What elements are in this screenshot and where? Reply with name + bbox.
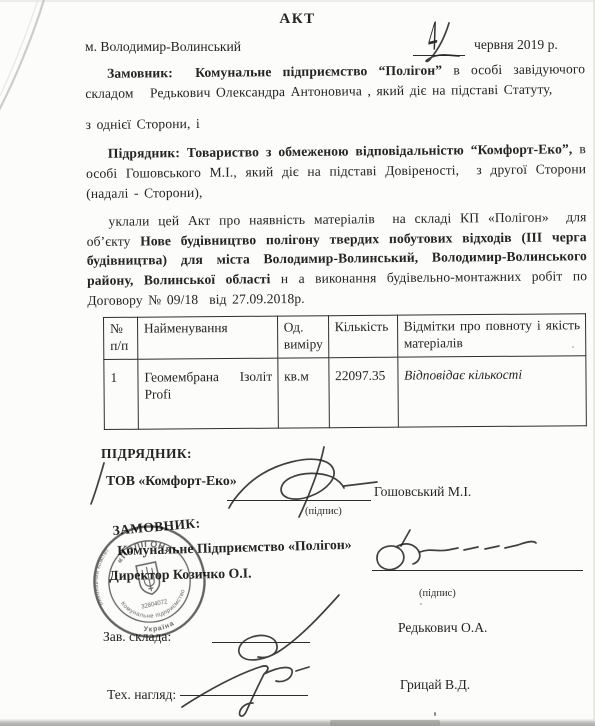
paragraph-customer: Замовник: Комунальне підприємство “Поліг… (85, 59, 585, 103)
scan-speck (434, 712, 436, 716)
round-stamp: «ПОЛІГОН» Комунальне підприємство Викона… (77, 509, 223, 655)
document-date: червня 2019 р. (474, 37, 558, 53)
document-city: м. Володимир-Волинський (85, 39, 241, 55)
signature-tech (182, 666, 309, 716)
tech-signature-line (180, 695, 308, 696)
signature-caption-contractor: (підпис) (305, 506, 342, 517)
scan-speck (572, 346, 574, 348)
signature-warehouse (239, 595, 339, 660)
col-notes: Відмітки про повноту і якість матеріалів (397, 314, 586, 357)
stamp-outer-left-text: Виконавчий комітет (86, 547, 122, 607)
paragraph-act: уклали цей Акт про наявність матеріалів … (86, 207, 587, 311)
col-quantity: Кількість (328, 315, 397, 358)
customer-signature-line (372, 570, 583, 571)
scan-edge-bottom (0, 719, 595, 726)
customer-signer-name: Редькович О.А. (398, 620, 487, 636)
stamp-edrpou-code: 32804072 (141, 599, 168, 610)
cell-name: Геомембрана Ізоліт Profi (138, 358, 278, 429)
table-row: 1 Геомембрана Ізоліт Profi кв.м 22097.35… (104, 356, 587, 430)
tech-label: Тех. нагляд: (107, 687, 176, 703)
col-name: Найменування (137, 316, 277, 359)
signature-redkovych-loops (377, 544, 420, 570)
tech-signer-name: Грицай В.Д. (400, 677, 470, 693)
col-unit: Од. виміру (277, 316, 328, 358)
scan-edge-shadow (330, 720, 440, 726)
signature-redkovych-wave (420, 542, 536, 552)
contractor-heading: ПІДРЯДНИК: (101, 446, 192, 462)
cell-unit: кв.м (278, 358, 330, 428)
table-header-row: № п/п Найменування Од. виміру Кількість … (104, 314, 586, 360)
scan-edge-top (0, 0, 595, 2)
contractor-lead: Підрядник: Товариство з обмеженою відпов… (108, 142, 573, 161)
contractor-signature-line (227, 500, 371, 501)
handwritten-date-day: 4 (427, 15, 438, 59)
contractor-company: ТОВ «Комфорт-Еко» (106, 473, 237, 489)
cell-number: 1 (104, 359, 138, 429)
contractor-tick-mark (91, 463, 104, 504)
signature-caption-customer: (підпис) (419, 588, 456, 599)
cell-notes: Відповідає кількості (397, 356, 586, 427)
document-body: Замовник: Комунальне підприємство “Поліг… (85, 59, 587, 311)
paragraph-contractor: Підрядник: Товариство з обмеженою відпов… (86, 140, 587, 204)
warehouse-signature-line (212, 642, 310, 643)
trident-emblem-icon (136, 562, 162, 596)
document-title: АКТ (0, 11, 595, 28)
scanned-act-document: АКТ м. Володимир-Волинський червня 2019 … (0, 0, 595, 726)
materials-table: № п/п Найменування Од. виміру Кількість … (103, 313, 587, 430)
paragraph-one-side: з однієї Сторони, і (85, 110, 585, 135)
stamp-org-name: «ПОЛІГОН» (111, 533, 174, 566)
date-underline (413, 55, 465, 56)
cell-quantity: 22097.35 (328, 357, 398, 428)
contractor-signer-name: Гошовський М.І. (374, 484, 471, 500)
scan-speck (420, 603, 422, 605)
signature-redkovych-flick (401, 530, 410, 546)
col-number: № п/п (104, 317, 138, 359)
signature-goshovsky-dash (344, 482, 377, 486)
customer-lead: Замовник: Комунальне підприємство “Поліг… (107, 63, 442, 81)
